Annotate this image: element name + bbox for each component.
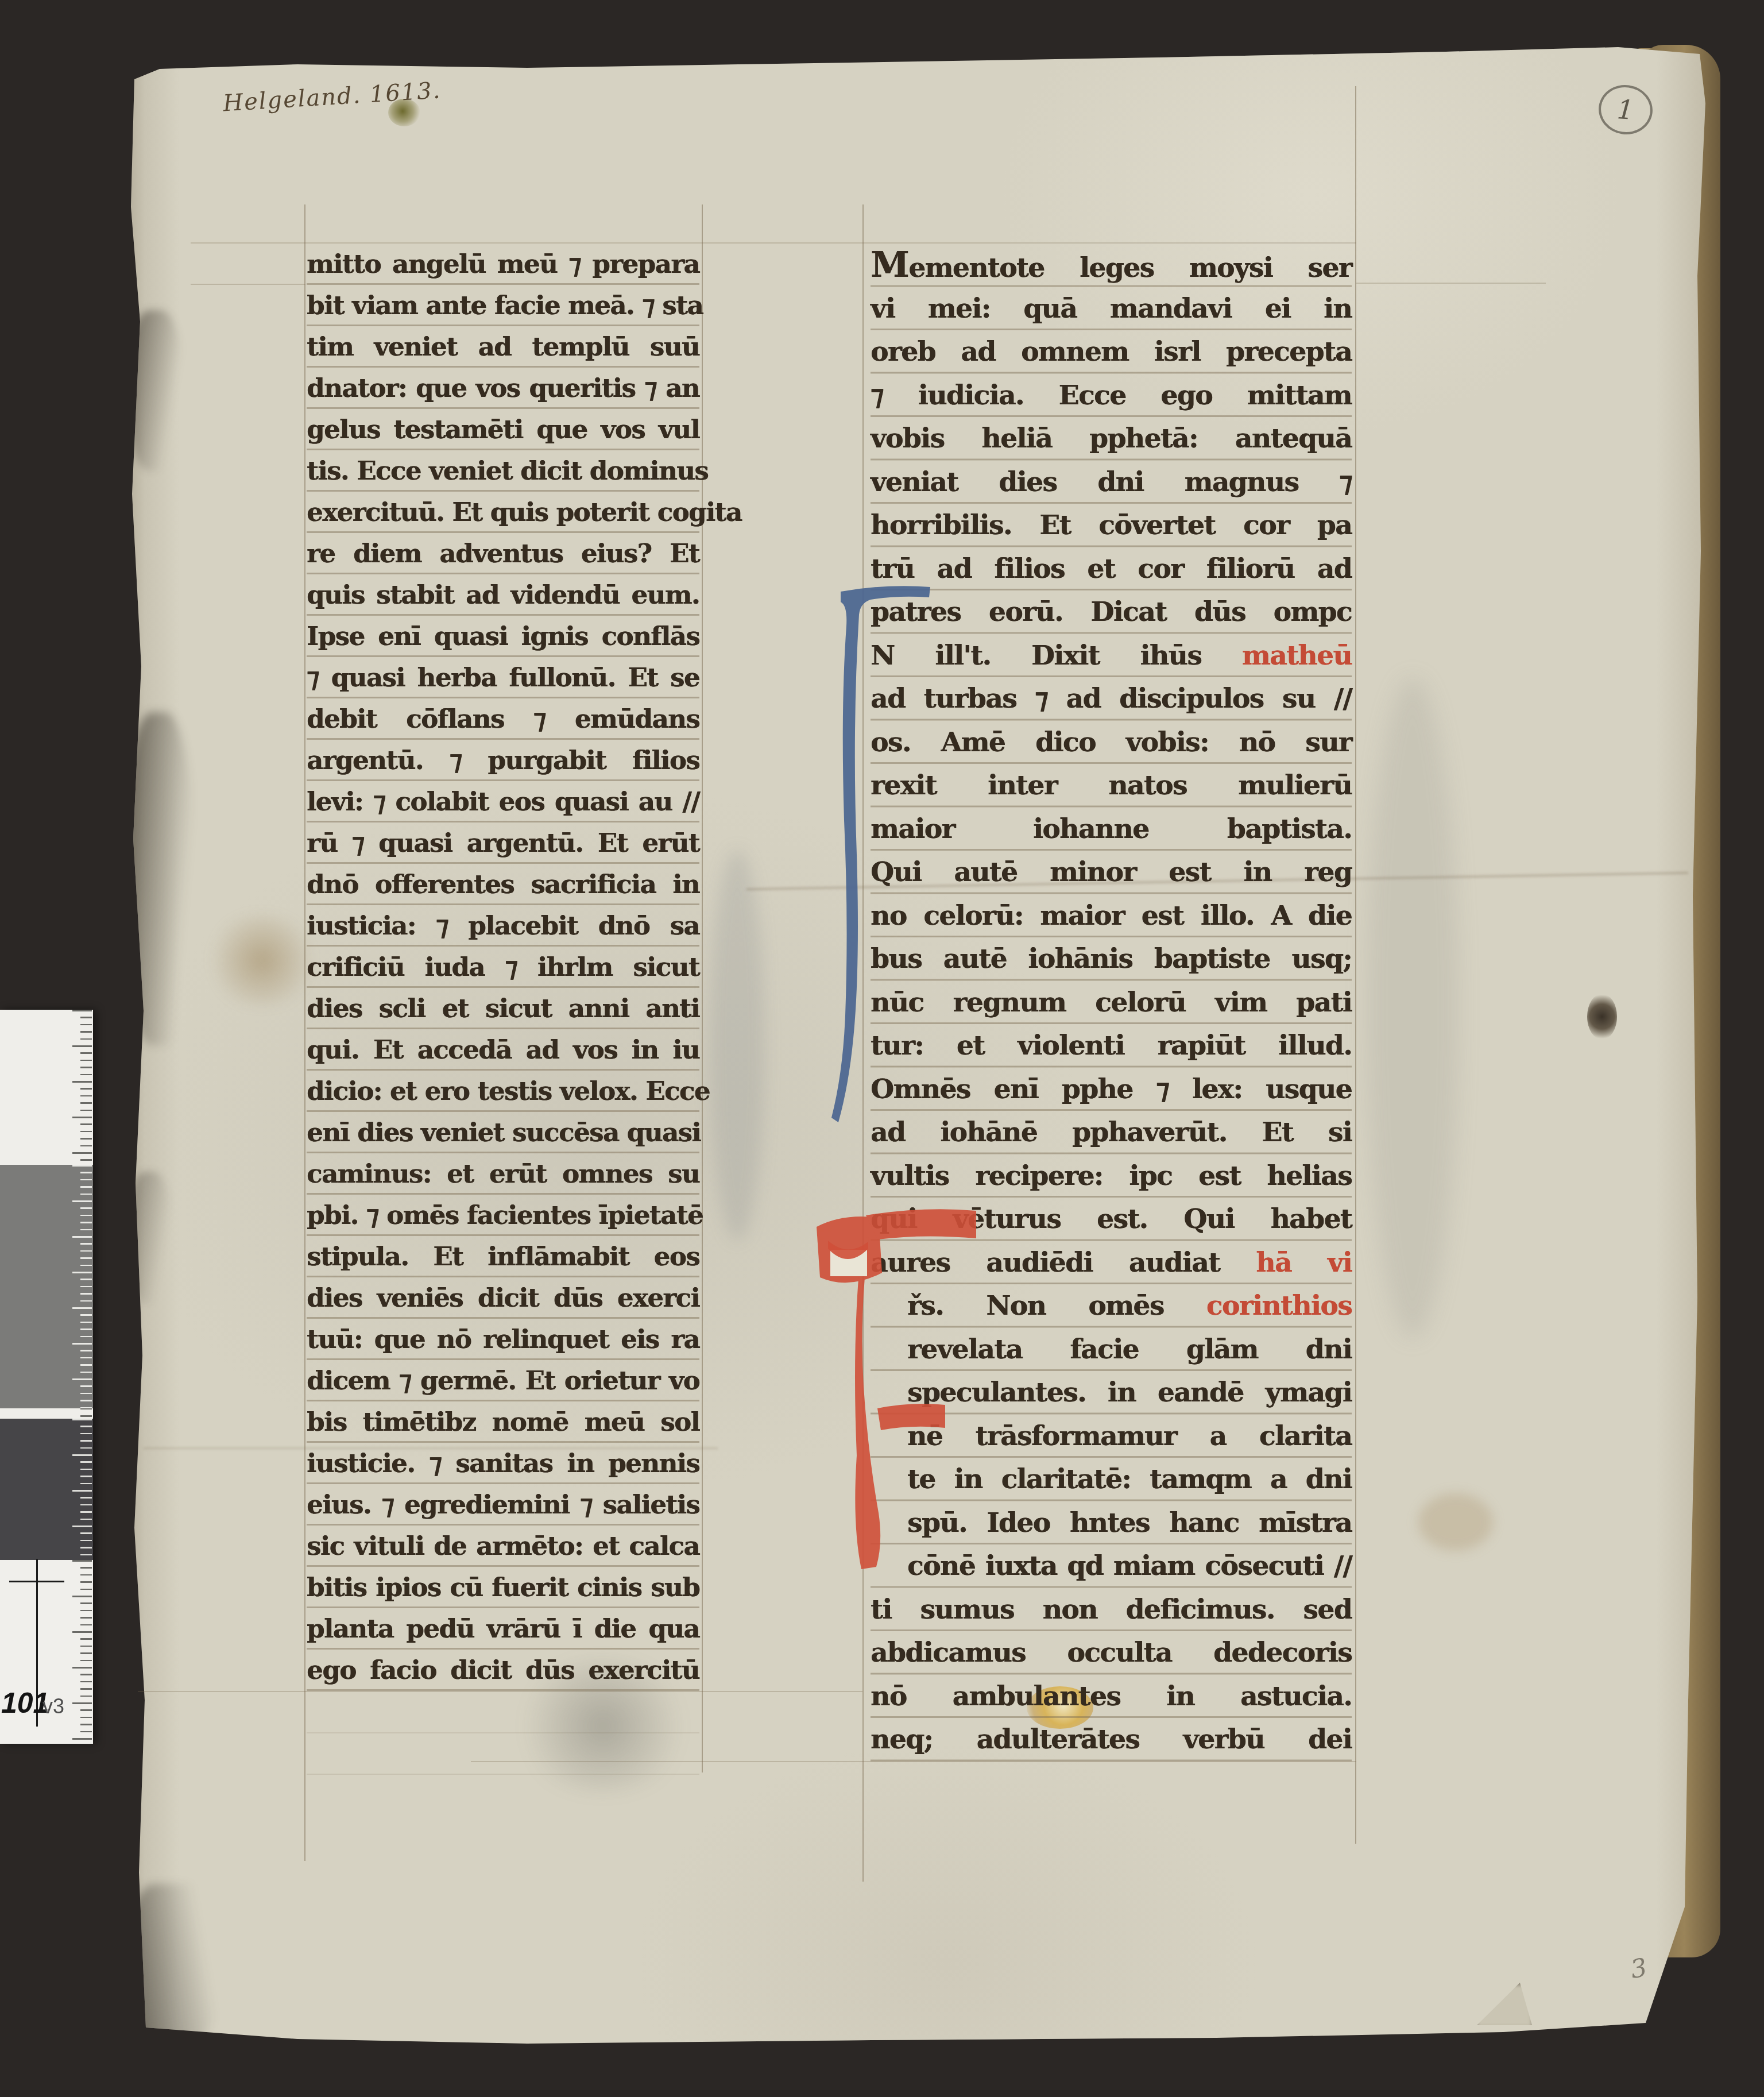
text-line: rexit inter natos mulierū — [871, 764, 1352, 808]
text-line: exercituū. Et quis poterit cogita — [307, 492, 699, 533]
text-line: vobis heliā pphetā: antequā — [871, 417, 1352, 461]
folio-number: 1 — [1616, 94, 1635, 126]
text-line: abdicamus occulta dedecoris — [871, 1631, 1352, 1675]
text-line: neq; adulterātes verbū dei — [871, 1718, 1352, 1762]
text-line: oreb ad omnem isrl precepta — [871, 330, 1352, 374]
ruler-white-band — [0, 1010, 93, 1165]
ruling-vertical — [702, 204, 703, 1772]
text-line: crificiū iuda ⁊ ihrlm sicut — [307, 947, 699, 988]
ruler-minor-ticks — [80, 1010, 92, 1165]
ruler-lightgray-band — [0, 1165, 93, 1408]
ruler-version-label: v3 — [42, 1694, 64, 1718]
text-line: os. Amē dico vobis: nō sur — [871, 721, 1352, 764]
text-line: veniat dies dni magnus ⁊ — [871, 461, 1352, 504]
text-line: dnō offerentes sacrificia in — [307, 864, 699, 905]
text-line: debit cōflans ⁊ emūdans — [307, 698, 699, 740]
manuscript-photo: Helgeland. 1613. 1 3 mitto angelū meū ⁊ … — [0, 0, 1764, 2097]
text-line: ad turbas ⁊ ad discipulos su // — [871, 677, 1352, 721]
text-line: tuū: que nō relinquet eis ra — [307, 1319, 699, 1360]
ruler-minor-ticks — [80, 1165, 92, 1408]
text-line: iusticie. ⁊ sanitas in pennis — [307, 1443, 699, 1484]
text-line: caminus: et erūt omnes su — [307, 1153, 699, 1195]
text-line: mitto angelū meū ⁊ prepara — [307, 244, 699, 285]
text-line: dies veniēs dicit dūs exerci — [307, 1277, 699, 1319]
text-line: ego facio dicit dūs exercitū — [307, 1650, 699, 1691]
tan-stain — [204, 914, 319, 1006]
binding-edge-stain — [124, 712, 193, 1045]
ruling-horizontal — [307, 1732, 699, 1733]
text-line: Ipse enī quasi ignis conflās — [307, 616, 699, 657]
ruler-white-strip — [0, 1408, 93, 1419]
show-through-band — [1367, 678, 1459, 1338]
text-line: tur: et violenti rapiūt illud. — [871, 1024, 1352, 1068]
text-line: planta pedū vrārū ī die qua — [307, 1608, 699, 1650]
text-line: iusticia: ⁊ placebit dnō sa — [307, 905, 699, 947]
red-initial-F — [808, 1203, 981, 1570]
text-line: levi: ⁊ colabit eos quasi au // — [307, 781, 699, 822]
text-line: trū ad filios et cor filiorū ad — [871, 547, 1352, 591]
rubric-text: corinthios — [1206, 1290, 1352, 1322]
text-line: Mementote leges moysi ser — [871, 244, 1352, 287]
text-line: maior iohanne baptista. — [871, 808, 1352, 851]
text-line: no celorū: maior est illo. A die — [871, 894, 1352, 938]
ruler-minor-ticks — [80, 1408, 92, 1419]
text-line: horribilis. Et cōvertet cor pa — [871, 504, 1352, 547]
gutter-smudge — [710, 850, 765, 1241]
ruler-darkgray-band — [0, 1419, 93, 1560]
text-line: bitis ipios cū fuerit cinis sub — [307, 1567, 699, 1608]
text-line: gelus testamēti que vos vul — [307, 409, 699, 450]
ruler-minor-ticks — [80, 1419, 92, 1560]
text-line: tis. Ecce veniet dicit dominus — [307, 450, 699, 492]
text-line: nūc regnum celorū vim pati — [871, 981, 1352, 1025]
ruler-minor-ticks — [80, 1560, 92, 1744]
registration-cross-horizontal — [9, 1581, 64, 1582]
text-line: Qui autē minor est in reg — [871, 851, 1352, 894]
text-line: dnator: que vos queritis ⁊ an — [307, 368, 699, 409]
text-line: re diem adventus eius? Et — [307, 533, 699, 574]
brown-stain — [1418, 1493, 1493, 1551]
text-line: patres eorū. Dicat dūs ompc — [871, 590, 1352, 634]
rubric-text: hā vi — [1256, 1247, 1352, 1279]
ruling-vertical — [304, 204, 305, 1861]
text-line: dicem ⁊ germē. Et orietur vo — [307, 1360, 699, 1401]
text-line: bis timētibz nomē meū sol — [307, 1401, 699, 1443]
binding-edge-stain — [127, 310, 183, 471]
ruler-number-label: 101 — [1, 1686, 49, 1720]
text-line: sic vituli de armēto: et calca — [307, 1526, 699, 1567]
text-line: dies scli et sicut anni anti — [307, 988, 699, 1029]
text-column-left: mitto angelū meū ⁊ preparabit viam ante … — [307, 244, 699, 1691]
ruling-horizontal — [191, 284, 305, 285]
parchment-hole — [1587, 994, 1617, 1040]
text-line: stipula. Et inflāmabit eos — [307, 1236, 699, 1277]
text-line: Omnēs enī pphe ⁊ lex: usque — [871, 1068, 1352, 1111]
text-line: ⁊ quasi herba fullonū. Et se — [307, 657, 699, 698]
ruling-vertical — [1355, 86, 1356, 1844]
binding-edge-stain — [127, 1172, 171, 1304]
text-line: ti sumus non deficimus. sed — [871, 1588, 1352, 1632]
binding-edge-stain — [130, 1884, 216, 2045]
text-line: dicio: et ero testis velox. Ecce — [307, 1071, 699, 1112]
text-line: quis stabit ad videndū eum. — [307, 574, 699, 616]
text-line: bus autē iohānis baptiste usq; — [871, 937, 1352, 981]
corner-tear — [1477, 1983, 1532, 2025]
text-line: ⁊ iudicia. Ecce ego mittam — [871, 374, 1352, 418]
text-line: eius. ⁊ egrediemini ⁊ salietis — [307, 1484, 699, 1526]
text-line: ad iohānē pphaverūt. Et si — [871, 1111, 1352, 1154]
blue-initial-I — [829, 579, 935, 1130]
text-line: argentū. ⁊ purgabit filios — [307, 740, 699, 781]
text-line: N ill't. Dixit ihūs matheū — [871, 634, 1352, 678]
text-line: qui. Et accedā ad vos in iu — [307, 1029, 699, 1071]
text-line: vi mei: quā mandavi ei in — [871, 287, 1352, 331]
rubric-text: matheū — [1242, 640, 1352, 671]
text-line: pbi. ⁊ omēs facientes īpietatē — [307, 1195, 699, 1236]
text-line: rū ⁊ quasi argentū. Et erūt — [307, 822, 699, 864]
ruling-horizontal — [138, 1691, 862, 1692]
ruling-horizontal — [307, 1774, 699, 1775]
text-line: nō ambulantes in astucia. — [871, 1675, 1352, 1718]
ruling-horizontal — [1356, 283, 1546, 284]
text-line: tim veniet ad templū suū — [307, 326, 699, 368]
text-line: bit viam ante facie meā. ⁊ sta — [307, 285, 699, 326]
text-line: vultis recipere: ipc est helias — [871, 1154, 1352, 1198]
text-line: enī dies veniet succēsa quasi — [307, 1112, 699, 1153]
photo-ruler-card: 101 v3 — [0, 1010, 93, 1744]
